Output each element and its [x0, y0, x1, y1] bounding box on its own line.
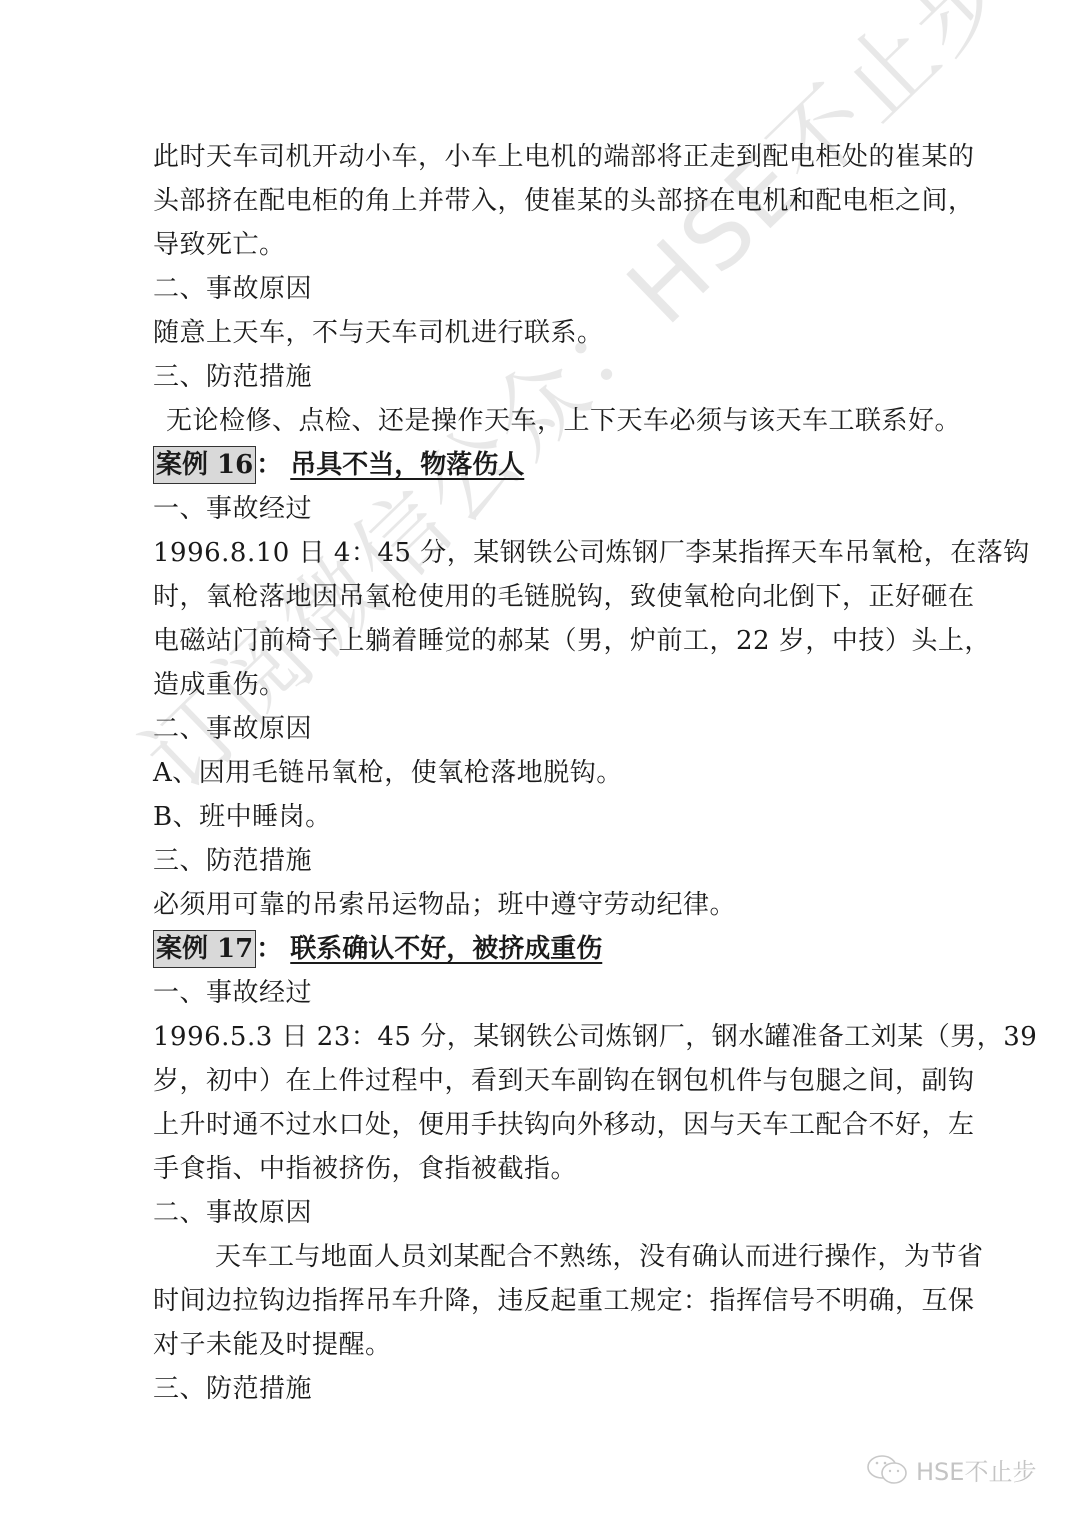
- case-label: 案例 17: [153, 930, 256, 968]
- section-heading-prevention: 三、防范措施: [153, 1367, 953, 1411]
- paragraph-line: 手食指、中指被挤伤，食指被截指。: [153, 1147, 953, 1191]
- paragraph-line: 1996.5.3 日 23：45 分，某钢铁公司炼钢厂，钢水罐准备工刘某（男，3…: [153, 1015, 953, 1059]
- footer-label: HSE不止步: [916, 1452, 1036, 1487]
- paragraph-line: 导致死亡。: [153, 223, 953, 267]
- footer-brand: HSE不止步: [866, 1452, 1036, 1487]
- section-heading-cause: 二、事故原因: [153, 267, 953, 311]
- section-heading-process: 一、事故经过: [153, 487, 953, 531]
- cause-item-b: B、班中睡岗。: [153, 795, 953, 839]
- case-colon: ：: [256, 934, 282, 964]
- paragraph-line: 岁，初中）在上件过程中，看到天车副钩在钢包机件与包腿之间，副钩: [153, 1059, 953, 1103]
- paragraph-line: 时间边拉钩边指挥吊车升降，违反起重工规定：指挥信号不明确，互保: [153, 1279, 953, 1323]
- case-17: 案例 17：联系确认不好，被挤成重伤 一、事故经过 1996.5.3 日 23：…: [153, 927, 953, 1411]
- case-title: 案例 17：联系确认不好，被挤成重伤: [153, 927, 953, 971]
- case-16: 案例 16：吊具不当，物落伤人 一、事故经过 1996.8.10 日 4：45 …: [153, 443, 953, 927]
- paragraph-line: 对子未能及时提醒。: [153, 1323, 953, 1367]
- document-page: 此时天车司机开动小车，小车上电机的端部将正走到配电柜处的崔某的 头部挤在配电柜的…: [153, 135, 953, 1411]
- section-heading-prevention: 三、防范措施: [153, 355, 953, 399]
- paragraph-line: 电磁站门前椅子上躺着睡觉的郝某（男，炉前工，22 岁，中技）头上，: [153, 619, 953, 663]
- section-heading-prevention: 三、防范措施: [153, 839, 953, 883]
- paragraph-line: 此时天车司机开动小车，小车上电机的端部将正走到配电柜处的崔某的: [153, 135, 953, 179]
- cause-text: 随意上天车，不与天车司机进行联系。: [153, 311, 953, 355]
- paragraph-line: 上升时通不过水口处，便用手扶钩向外移动，因与天车工配合不好，左: [153, 1103, 953, 1147]
- paragraph-line: 时，氧枪落地因吊氧枪使用的毛链脱钩，致使氧枪向北倒下，正好砸在: [153, 575, 953, 619]
- previous-case-continuation: 此时天车司机开动小车，小车上电机的端部将正走到配电柜处的崔某的 头部挤在配电柜的…: [153, 135, 953, 443]
- prevention-text: 无论检修、点检、还是操作天车，上下天车必须与该天车工联系好。: [153, 399, 953, 443]
- case-label: 案例 16: [153, 446, 256, 484]
- paragraph-line: 头部挤在配电柜的角上并带入，使崔某的头部挤在电机和配电柜之间，: [153, 179, 953, 223]
- case-name: 吊具不当，物落伤人: [290, 450, 524, 480]
- case-title: 案例 16：吊具不当，物落伤人: [153, 443, 953, 487]
- prevention-text: 必须用可靠的吊索吊运物品；班中遵守劳动纪律。: [153, 883, 953, 927]
- paragraph-line: 天车工与地面人员刘某配合不熟练，没有确认而进行操作，为节省: [153, 1235, 953, 1279]
- section-heading-cause: 二、事故原因: [153, 707, 953, 751]
- cause-item-a: A、因用毛链吊氧枪，使氧枪落地脱钩。: [153, 751, 953, 795]
- section-heading-process: 一、事故经过: [153, 971, 953, 1015]
- paragraph-line: 造成重伤。: [153, 663, 953, 707]
- case-name: 联系确认不好，被挤成重伤: [290, 934, 602, 964]
- paragraph-line: 1996.8.10 日 4：45 分，某钢铁公司炼钢厂李某指挥天车吊氧枪，在落钩: [153, 531, 953, 575]
- case-colon: ：: [256, 450, 282, 480]
- wechat-icon: [866, 1454, 910, 1486]
- section-heading-cause: 二、事故原因: [153, 1191, 953, 1235]
